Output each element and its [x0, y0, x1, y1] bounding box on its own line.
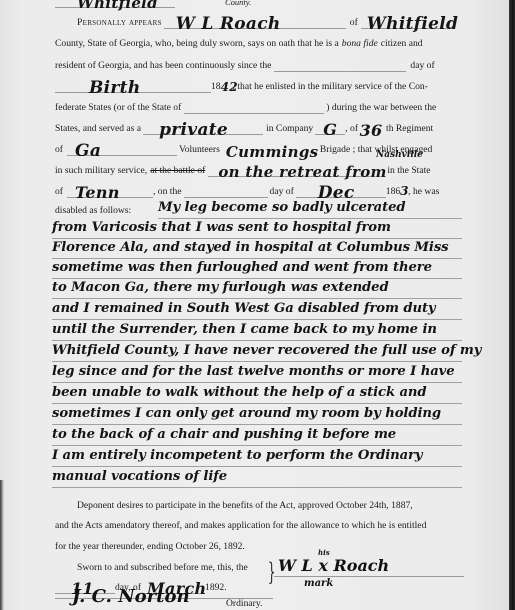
citizen-line: County, State of Georgia, who, being dul…	[55, 38, 463, 50]
regiment-field: 36	[358, 123, 384, 135]
scan-edge-left	[0, 480, 4, 610]
of-label: of	[350, 17, 358, 29]
regiment-handwriting: 36	[358, 125, 384, 137]
of-label-2: , of	[345, 123, 358, 135]
jurat-year: 1892.	[205, 582, 227, 594]
citizen-text-end: citizen and	[381, 38, 423, 50]
brigade-handwriting: Cummings	[226, 146, 318, 158]
pension-form-page: Whitfield County. Personally appears W L…	[0, 0, 510, 610]
applicant-name-field: W L Roach	[164, 16, 346, 29]
applicant-signature-line	[274, 575, 464, 577]
statement-line-4: sometime was then furloughed and went fr…	[52, 258, 462, 279]
residence-month-field: Birth	[55, 80, 211, 93]
statement-line-5: to Macon Ga, there my furlough was exten…	[52, 278, 462, 299]
applicant-line: Personally appears W L Roach of Whitfiel…	[77, 16, 463, 29]
battle-superscript: Nashville	[376, 150, 423, 160]
service-line: States, and served as a private in Compa…	[55, 122, 463, 135]
company-label: in Company	[266, 123, 313, 135]
battle-state-field: Tenn	[67, 185, 153, 198]
battle-year-handwriting: 3	[400, 185, 408, 197]
company-handwriting: G	[315, 124, 345, 136]
battle-year-prefix: 186	[386, 186, 400, 198]
state-field	[184, 101, 324, 114]
rank-field: private	[143, 122, 263, 135]
sworn-text: Sworn to and subscribed before me, this,…	[77, 562, 267, 574]
regiment-label: th Regiment	[386, 123, 433, 135]
day-of-label-2: day of	[270, 186, 294, 198]
statement-line-10: been unable to walk without the help of …	[52, 383, 462, 404]
battle-state-handwriting: Tenn	[75, 187, 153, 199]
statement-line-1: My leg become so badly ulcerated	[158, 198, 462, 219]
unit-state-handwriting: Ga	[75, 145, 177, 157]
residence-day-field	[274, 59, 406, 72]
scan-edge-right	[509, 0, 515, 610]
rank-handwriting: private	[159, 124, 263, 136]
jurat-brace: }	[268, 560, 276, 584]
residence-county-field: Whitfield	[361, 16, 453, 29]
battle-date-line: of Tenn , on the day of Dec 186 3 , he w…	[55, 185, 463, 198]
personally-appears-label: Personally appears	[77, 17, 162, 29]
statement-line-13: I am entirely incompetent to perform the…	[52, 446, 462, 467]
applicant-name-handwriting: W L Roach	[176, 18, 346, 30]
statement-line-14: manual vocations of life	[52, 467, 462, 488]
unit-state-field: Ga	[67, 143, 177, 156]
residence-county-handwriting: Whitfield	[367, 18, 453, 30]
closing-paragraph-3: for the year thereunder, ending October …	[55, 541, 465, 553]
residence-year-handwriting: 42	[221, 81, 233, 93]
officer-signature: J. C. Norton	[72, 586, 190, 607]
in-the-state-label: in the State	[387, 165, 430, 177]
residence-year-field: 42	[221, 81, 233, 93]
statement-line-2: from Varicosis that I was sent to hospit…	[52, 218, 462, 239]
day-of-label: day of	[410, 60, 434, 72]
struck-battle-text: at the battle of	[150, 165, 205, 177]
disabled-as-follows-label: disabled as follows:	[55, 205, 131, 217]
brigade-field: Cummings	[222, 144, 318, 156]
he-was-label: , he was	[408, 186, 439, 198]
on-the-label: , on the	[153, 186, 182, 198]
battle-month-field: Dec	[296, 185, 386, 198]
battle-year-field: 3	[400, 186, 408, 198]
year-prefix: 18	[211, 81, 221, 93]
of-label-4: of	[55, 186, 63, 198]
signature-his: his	[318, 548, 330, 557]
statement-line-11: sometimes I can only get around my room …	[52, 404, 462, 425]
of-label-3: of	[55, 144, 63, 156]
citizen-text: County, State of Georgia, who, being dul…	[55, 38, 339, 50]
county-fill: Whitfield	[55, 0, 175, 8]
residence-month-handwriting: Birth	[89, 82, 211, 94]
county-handwriting: Whitfield	[77, 0, 175, 9]
volunteers-label: Volunteers	[179, 144, 220, 156]
closing-paragraph-1: Deponent desires to participate in the b…	[77, 500, 487, 512]
military-service-text: in such military service,	[55, 165, 147, 177]
state-of-text: federate States (or of the State of	[55, 102, 181, 114]
war-between-text: ) during the war between the	[326, 102, 436, 114]
served-as-text: States, and served as a	[55, 123, 141, 135]
closing-paragraph-2: and the Acts amendatory thereof, and mak…	[55, 520, 465, 532]
applicant-signature: W L x Roach	[278, 556, 389, 575]
residence-text: resident of Georgia, and has been contin…	[55, 60, 271, 72]
statement-line-8: Whitfield County, I have never recovered…	[52, 341, 462, 362]
battle-field: on the retreat from	[208, 164, 384, 177]
battle-handwriting: on the retreat from	[218, 166, 384, 178]
county-label: County.	[225, 0, 251, 8]
residence-line: resident of Georgia, and has been contin…	[55, 59, 463, 72]
battle-day-field	[184, 185, 268, 198]
statement-line-6: and I remained in South West Ga disabled…	[52, 299, 462, 320]
officer-title: Ordinary.	[226, 598, 286, 610]
company-field: G	[315, 122, 345, 135]
enlisted-text: , that he enlisted in the military servi…	[233, 81, 428, 93]
header-county-line: Whitfield County.	[55, 0, 355, 8]
signature-mark: mark	[304, 578, 333, 589]
state-line: federate States (or of the State of ) du…	[55, 101, 463, 114]
statement-line-7: until the Surrender, then I came back to…	[52, 320, 462, 341]
statement-line-12: to the back of a chair and pushing it be…	[52, 425, 462, 446]
bona-fide-text: bona fide	[342, 38, 378, 50]
statement-line-9: leg since and for the last twelve months…	[52, 362, 462, 383]
battle-line: in such military service, at the battle …	[55, 164, 463, 177]
enlistment-line: Birth 18 42 , that he enlisted in the mi…	[55, 80, 463, 93]
statement-line-3: Florence Ala, and stayed in hospital at …	[52, 238, 462, 259]
